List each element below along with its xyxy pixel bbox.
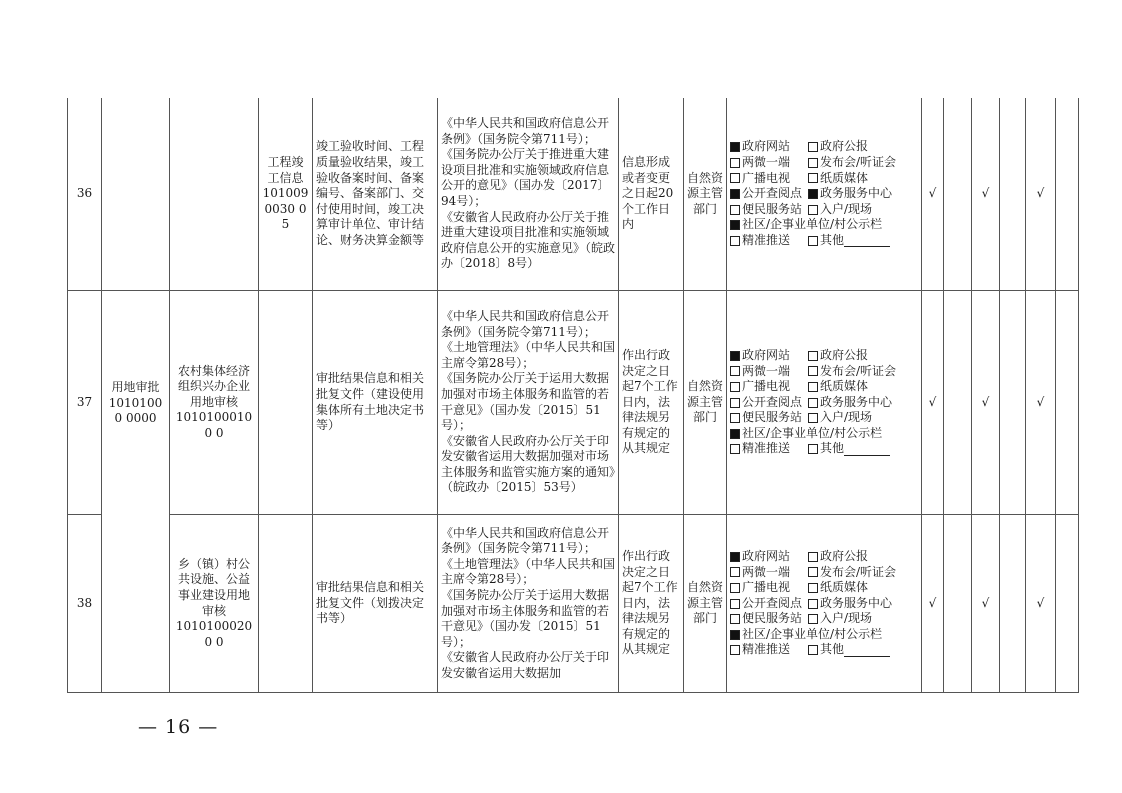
checked-box-icon: [730, 351, 740, 361]
category-cell: [102, 98, 170, 291]
channel-option: 政府公报: [808, 549, 868, 565]
channel-line: 公开查阅点政务服务中心: [730, 395, 918, 411]
unchecked-box-icon: [730, 583, 740, 593]
document-page: 36 工程竣工信息 1010090030 05 竣工验收时间、工程质量验收结果，…: [0, 0, 1122, 793]
channel-option: 发布会/听证会: [808, 565, 896, 581]
tick-cell: [1000, 291, 1026, 515]
unchecked-box-icon: [730, 366, 740, 376]
channel-label: 入户/现场: [820, 202, 872, 218]
channel-label: 入户/现场: [820, 410, 872, 426]
channel-option: 公开查阅点: [730, 596, 808, 612]
content-cell: 审批结果信息和相关批复文件（建设使用集体所有土地决定书等）: [313, 291, 438, 515]
unchecked-box-icon: [808, 413, 818, 423]
unchecked-box-icon: [808, 645, 818, 655]
channel-line: 便民服务站入户/现场: [730, 410, 918, 426]
channel-option: 发布会/听证会: [808, 155, 896, 171]
channel-label: 公开查阅点: [742, 596, 802, 612]
channel-label: 其他: [820, 441, 844, 457]
channel-line: 两微一端发布会/听证会: [730, 155, 918, 171]
channel-label: 广播电视: [742, 171, 790, 187]
subitem-cell: 工程竣工信息 1010090030 05: [259, 98, 313, 291]
unchecked-box-icon: [808, 158, 818, 168]
tick-cell: [1056, 98, 1079, 291]
channels-cell: 政府网站政府公报两微一端发布会/听证会广播电视纸质媒体公开查阅点政务服务中心便民…: [727, 515, 922, 693]
tick-cell: √: [922, 291, 944, 515]
channel-option: 广播电视: [730, 171, 808, 187]
channel-label: 政务服务中心: [820, 395, 892, 411]
category-cell: 用地审批 10101000 0000: [102, 291, 170, 693]
unchecked-box-icon: [808, 567, 818, 577]
channels-cell: 政府网站政府公报两微一端发布会/听证会广播电视纸质媒体公开查阅点政务服务中心便民…: [727, 291, 922, 515]
unchecked-box-icon: [730, 645, 740, 655]
item-cell: [170, 98, 259, 291]
channel-option: 广播电视: [730, 580, 808, 596]
channel-label: 两微一端: [742, 364, 790, 380]
department-cell: 自然资源主管部门: [684, 515, 727, 693]
checked-box-icon: [730, 630, 740, 640]
item-cell: 农村集体经济组织兴办企业用地审核 10101000100 0: [170, 291, 259, 515]
category-code: 10101000 0000: [105, 396, 166, 427]
channel-option: 政府网站: [730, 549, 808, 565]
channel-label: 社区/企事业单位/村公示栏: [742, 217, 882, 233]
channel-option: 社区/企事业单位/村公示栏: [730, 426, 882, 442]
channel-label: 入户/现场: [820, 611, 872, 627]
channel-label: 政府公报: [820, 549, 868, 565]
tick-cell: √: [972, 515, 1000, 693]
page-number: — 16 —: [138, 716, 218, 738]
channel-option: 两微一端: [730, 155, 808, 171]
fill-in-blank: [844, 644, 890, 657]
channel-line: 政府网站政府公报: [730, 549, 918, 565]
tick-cell: [1056, 515, 1079, 693]
channel-line: 两微一端发布会/听证会: [730, 364, 918, 380]
time-limit-cell: 作出行政决定之日起7个工作日内，法律法规另有规定的从其规定: [619, 515, 684, 693]
checked-box-icon: [730, 220, 740, 230]
unchecked-box-icon: [808, 599, 818, 609]
tick-cell: √: [922, 98, 944, 291]
channel-option: 精准推送: [730, 441, 808, 457]
tick-cell: √: [972, 291, 1000, 515]
channel-label: 其他: [820, 642, 844, 658]
channel-option: 社区/企事业单位/村公示栏: [730, 217, 882, 233]
checked-box-icon: [808, 189, 818, 199]
channel-option: 纸质媒体: [808, 171, 868, 187]
unchecked-box-icon: [730, 599, 740, 609]
time-limit-cell: 作出行政决定之日起7个工作日内，法律法规另有规定的从其规定: [619, 291, 684, 515]
tick-cell: [1000, 98, 1026, 291]
tick-cell: [944, 98, 972, 291]
channel-option: 政务服务中心: [808, 596, 892, 612]
channel-label: 精准推送: [742, 642, 790, 658]
subitem-cell: [259, 515, 313, 693]
basis-item: 《土地管理法》（中华人民共和国主席令第28号）；: [441, 557, 615, 588]
category-name: 用地审批: [105, 380, 166, 396]
channel-line: 便民服务站入户/现场: [730, 611, 918, 627]
department-cell: 自然资源主管部门: [684, 98, 727, 291]
unchecked-box-icon: [730, 382, 740, 392]
unchecked-box-icon: [808, 351, 818, 361]
channel-label: 政务服务中心: [820, 186, 892, 202]
basis-cell: 《中华人民共和国政府信息公开条例》（国务院令第711号）； 《国务院办公厅关于推…: [438, 98, 619, 291]
unchecked-box-icon: [730, 614, 740, 624]
channel-label: 公开查阅点: [742, 186, 802, 202]
channel-label: 政府公报: [820, 139, 868, 155]
channel-line: 政府网站政府公报: [730, 348, 918, 364]
table-row: 36 工程竣工信息 1010090030 05 竣工验收时间、工程质量验收结果，…: [68, 98, 1079, 291]
channel-line: 精准推送其他: [730, 441, 918, 457]
channel-option: 其他: [808, 642, 890, 658]
basis-item: 《国务院办公厅关于运用大数据加强对市场主体服务和监管的若干意见》（国办发〔201…: [441, 588, 615, 650]
unchecked-box-icon: [808, 142, 818, 152]
row-index: 37: [68, 291, 102, 515]
tick-cell: √: [1026, 515, 1056, 693]
channel-option: 精准推送: [730, 642, 808, 658]
basis-item: 《安徽省人民政府办公厅关于印发安徽省运用大数据加: [441, 650, 615, 681]
subitem-cell: [259, 291, 313, 515]
unchecked-box-icon: [730, 158, 740, 168]
row-index: 38: [68, 515, 102, 693]
channel-label: 广播电视: [742, 379, 790, 395]
channel-option: 便民服务站: [730, 611, 808, 627]
channel-option: 入户/现场: [808, 410, 872, 426]
channel-label: 政务服务中心: [820, 596, 892, 612]
channel-label: 两微一端: [742, 565, 790, 581]
channel-option: 政府网站: [730, 348, 808, 364]
channel-label: 政府网站: [742, 139, 790, 155]
unchecked-box-icon: [730, 205, 740, 215]
channel-line: 便民服务站入户/现场: [730, 202, 918, 218]
channel-option: 两微一端: [730, 565, 808, 581]
content-cell: 竣工验收时间、工程质量验收结果，竣工验收备案时间、备案编号、备案部门、交付使用时…: [313, 98, 438, 291]
fill-in-blank: [844, 234, 890, 247]
channel-option: 纸质媒体: [808, 379, 868, 395]
item-code: 10101000200 0: [173, 619, 255, 650]
channel-label: 发布会/听证会: [820, 364, 896, 380]
channel-line: 广播电视纸质媒体: [730, 171, 918, 187]
unchecked-box-icon: [730, 567, 740, 577]
unchecked-box-icon: [730, 173, 740, 183]
channel-option: 政务服务中心: [808, 186, 892, 202]
basis-item: 《安徽省人民政府办公厅关于推进重大建设项目批准和实施领域政府信息公开的实施意见》…: [441, 210, 615, 272]
item-name: 农村集体经济组织兴办企业用地审核: [173, 364, 255, 411]
channel-label: 精准推送: [742, 441, 790, 457]
channel-option: 便民服务站: [730, 410, 808, 426]
subitem-code: 1010090030 05: [262, 186, 309, 233]
channel-label: 两微一端: [742, 155, 790, 171]
channel-option: 广播电视: [730, 379, 808, 395]
subitem-name: 工程竣工信息: [262, 155, 309, 186]
unchecked-box-icon: [808, 614, 818, 624]
basis-item: 《中华人民共和国政府信息公开条例》（国务院令第711号）；: [441, 309, 615, 340]
channel-label: 公开查阅点: [742, 395, 802, 411]
checked-box-icon: [730, 189, 740, 199]
channel-option: 政府公报: [808, 348, 868, 364]
checked-box-icon: [730, 142, 740, 152]
channel-option: 精准推送: [730, 233, 808, 249]
channel-line: 广播电视纸质媒体: [730, 379, 918, 395]
channel-label: 发布会/听证会: [820, 565, 896, 581]
channel-label: 发布会/听证会: [820, 155, 896, 171]
channel-line: 政府网站政府公报: [730, 139, 918, 155]
tick-cell: [944, 291, 972, 515]
channel-label: 政府网站: [742, 348, 790, 364]
basis-item: 《土地管理法》（中华人民共和国主席令第28号）；: [441, 340, 615, 371]
channel-option: 便民服务站: [730, 202, 808, 218]
channel-label: 纸质媒体: [820, 171, 868, 187]
channel-option: 政府公报: [808, 139, 868, 155]
unchecked-box-icon: [808, 382, 818, 392]
channels-cell: 政府网站政府公报两微一端发布会/听证会广播电视纸质媒体公开查阅点政务服务中心便民…: [727, 98, 922, 291]
time-limit-cell: 信息形成或者变更之日起20个工作日内: [619, 98, 684, 291]
channel-label: 便民服务站: [742, 410, 802, 426]
table-row: 37 用地审批 10101000 0000 农村集体经济组织兴办企业用地审核 1…: [68, 291, 1079, 515]
channel-label: 便民服务站: [742, 202, 802, 218]
channel-option: 政府网站: [730, 139, 808, 155]
unchecked-box-icon: [730, 398, 740, 408]
checked-box-icon: [730, 429, 740, 439]
unchecked-box-icon: [808, 552, 818, 562]
row-index: 36: [68, 98, 102, 291]
item-code: 10101000100 0: [173, 410, 255, 441]
unchecked-box-icon: [808, 398, 818, 408]
tick-cell: √: [1026, 98, 1056, 291]
basis-item: 《国务院办公厅关于运用大数据加强对市场主体服务和监管的若干意见》（国办发〔201…: [441, 371, 615, 433]
channel-option: 公开查阅点: [730, 395, 808, 411]
channel-line: 精准推送其他: [730, 642, 918, 658]
channel-option: 入户/现场: [808, 611, 872, 627]
channel-label: 纸质媒体: [820, 580, 868, 596]
unchecked-box-icon: [808, 205, 818, 215]
channel-label: 社区/企事业单位/村公示栏: [742, 627, 882, 643]
item-name: 乡（镇）村公共设施、公益事业建设用地审核: [173, 557, 255, 619]
basis-item: 《中华人民共和国政府信息公开条例》（国务院令第711号）；: [441, 116, 615, 147]
channel-line: 社区/企事业单位/村公示栏: [730, 627, 918, 643]
department-cell: 自然资源主管部门: [684, 291, 727, 515]
channel-option: 纸质媒体: [808, 580, 868, 596]
basis-item: 《国务院办公厅关于推进重大建设项目批准和实施领域政府信息公开的意见》（国办发〔2…: [441, 147, 615, 209]
unchecked-box-icon: [808, 366, 818, 376]
channel-line: 两微一端发布会/听证会: [730, 565, 918, 581]
channel-line: 公开查阅点政务服务中心: [730, 186, 918, 202]
tick-cell: [944, 515, 972, 693]
channel-label: 纸质媒体: [820, 379, 868, 395]
channel-option: 政务服务中心: [808, 395, 892, 411]
channel-label: 政府公报: [820, 348, 868, 364]
tick-cell: [1056, 291, 1079, 515]
tick-cell: [1000, 515, 1026, 693]
table-row: 38 乡（镇）村公共设施、公益事业建设用地审核 10101000200 0 审批…: [68, 515, 1079, 693]
fill-in-blank: [844, 443, 890, 456]
channel-option: 两微一端: [730, 364, 808, 380]
channel-option: 发布会/听证会: [808, 364, 896, 380]
disclosure-table: 36 工程竣工信息 1010090030 05 竣工验收时间、工程质量验收结果，…: [67, 98, 1079, 693]
content-cell: 审批结果信息和相关批复文件（划拨决定书等）: [313, 515, 438, 693]
basis-item: 《中华人民共和国政府信息公开条例》（国务院令第711号）；: [441, 526, 615, 557]
channel-line: 社区/企事业单位/村公示栏: [730, 217, 918, 233]
basis-cell: 《中华人民共和国政府信息公开条例》（国务院令第711号）； 《土地管理法》（中华…: [438, 291, 619, 515]
unchecked-box-icon: [730, 413, 740, 423]
basis-item: 《安徽省人民政府办公厅关于印发安徽省运用大数据加强对市场主体服务和监管实施方案的…: [441, 434, 615, 496]
channel-label: 社区/企事业单位/村公示栏: [742, 426, 882, 442]
channel-label: 精准推送: [742, 233, 790, 249]
basis-cell: 《中华人民共和国政府信息公开条例》（国务院令第711号）； 《土地管理法》（中华…: [438, 515, 619, 693]
unchecked-box-icon: [808, 236, 818, 246]
channel-line: 精准推送其他: [730, 233, 918, 249]
tick-cell: √: [922, 515, 944, 693]
channel-option: 其他: [808, 233, 890, 249]
channel-label: 其他: [820, 233, 844, 249]
channel-label: 政府网站: [742, 549, 790, 565]
channel-label: 广播电视: [742, 580, 790, 596]
channel-option: 公开查阅点: [730, 186, 808, 202]
unchecked-box-icon: [808, 444, 818, 454]
channel-line: 广播电视纸质媒体: [730, 580, 918, 596]
channel-line: 社区/企事业单位/村公示栏: [730, 426, 918, 442]
unchecked-box-icon: [808, 173, 818, 183]
channel-option: 社区/企事业单位/村公示栏: [730, 627, 882, 643]
tick-cell: √: [972, 98, 1000, 291]
unchecked-box-icon: [730, 236, 740, 246]
channel-line: 公开查阅点政务服务中心: [730, 596, 918, 612]
channel-label: 便民服务站: [742, 611, 802, 627]
tick-cell: √: [1026, 291, 1056, 515]
unchecked-box-icon: [730, 444, 740, 454]
channel-option: 其他: [808, 441, 890, 457]
unchecked-box-icon: [808, 583, 818, 593]
item-cell: 乡（镇）村公共设施、公益事业建设用地审核 10101000200 0: [170, 515, 259, 693]
channel-option: 入户/现场: [808, 202, 872, 218]
checked-box-icon: [730, 552, 740, 562]
